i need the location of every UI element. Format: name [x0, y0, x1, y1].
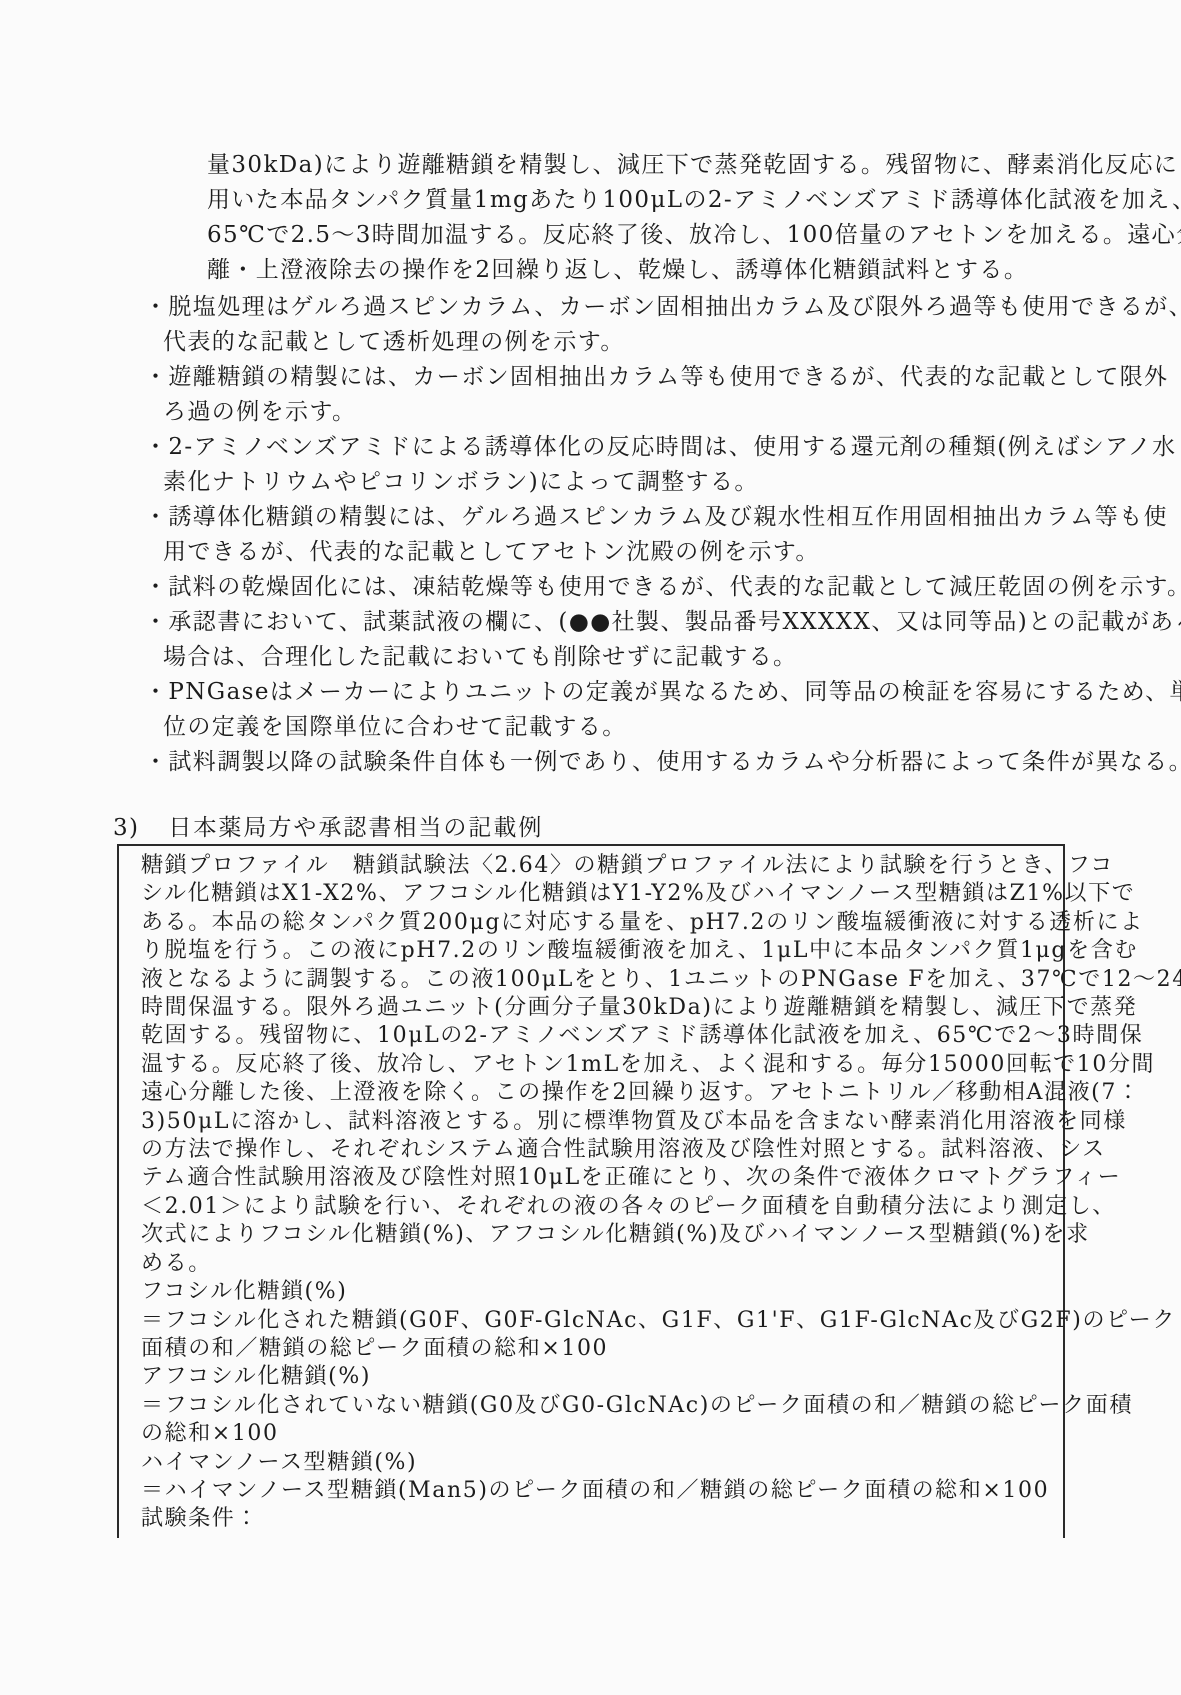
text-line: アフコシル化糖鎖(%) — [141, 1363, 1053, 1391]
text-line: ・遊離糖鎖の精製には、カーボン固相抽出カラム等も使用できるが、代表的な記載として… — [144, 360, 1181, 395]
text-line: ・脱塩処理はゲルろ過スピンカラム、カーボン固相抽出カラム及び限外ろ過等も使用でき… — [144, 290, 1181, 325]
bullet-item: ・試料の乾燥固化には、凍結乾燥等も使用できるが、代表的な記載として減圧乾固の例を… — [144, 570, 1181, 605]
text-line: ・試料調製以降の試験条件自体も一例であり、使用するカラムや分析器によって条件が異… — [144, 745, 1181, 780]
text-line: 面積の和／糖鎖の総ピーク面積の総和×100 — [141, 1335, 1053, 1363]
text-line: ・2-アミノベンズアミドによる誘導体化の反応時間は、使用する還元剤の種類(例えば… — [144, 430, 1181, 465]
bullet-item: ・遊離糖鎖の精製には、カーボン固相抽出カラム等も使用できるが、代表的な記載として… — [144, 360, 1181, 430]
text-line: 場合は、合理化した記載においても削除せずに記載する。 — [144, 640, 1181, 675]
text-line: 液となるように調製する。この液100μLをとり、1ユニットのPNGase Fを加… — [141, 966, 1053, 994]
text-line: の方法で操作し、それぞれシステム適合性試験用溶液及び陰性対照とする。試料溶液、シ… — [141, 1136, 1053, 1164]
text-line: 次式によりフコシル化糖鎖(%)、アフコシル化糖鎖(%)及びハイマンノース型糖鎖(… — [141, 1221, 1053, 1249]
bullet-item: ・2-アミノベンズアミドによる誘導体化の反応時間は、使用する還元剤の種類(例えば… — [144, 430, 1181, 500]
text-line: ろ過の例を示す。 — [144, 395, 1181, 430]
text-line: り脱塩を行う。この液にpH7.2のリン酸塩緩衝液を加え、1μL中に本品タンパク質… — [141, 937, 1053, 965]
text-line: 用できるが、代表的な記載としてアセトン沈殿の例を示す。 — [144, 535, 1181, 570]
text-line: シル化糖鎖はX1-X2%、アフコシル化糖鎖はY1-Y2%及びハイマンノース型糖鎖… — [141, 880, 1053, 908]
text-line: 試験条件： — [141, 1505, 1053, 1533]
text-line: の総和×100 — [141, 1420, 1053, 1448]
text-line: ＝ハイマンノース型糖鎖(Man5)のピーク面積の和／糖鎖の総ピーク面積の総和×1… — [141, 1477, 1053, 1505]
text-line: 時間保温する。限外ろ過ユニット(分画分子量30kDa)により遊離糖鎖を精製し、減… — [141, 994, 1053, 1022]
text-line: ・承認書において、試薬試液の欄に、(●●社製、製品番号XXXXX、又は同等品)と… — [144, 605, 1181, 640]
text-line: フコシル化糖鎖(%) — [141, 1278, 1053, 1306]
bullet-item: ・PNGaseはメーカーによりユニットの定義が異なるため、同等品の検証を容易にす… — [144, 675, 1181, 745]
bullet-item: ・脱塩処理はゲルろ過スピンカラム、カーボン固相抽出カラム及び限外ろ過等も使用でき… — [144, 290, 1181, 360]
text-line: ＝フコシル化された糖鎖(G0F、G0F-GlcNAc、G1F、G1'F、G1F-… — [141, 1307, 1053, 1335]
text-line: 位の定義を国際単位に合わせて記載する。 — [144, 710, 1181, 745]
document-page: 量30kDa)により遊離糖鎖を精製し、減圧下で蒸発乾固する。残留物に、酵素消化反… — [0, 0, 1181, 1695]
text-line: 量30kDa)により遊離糖鎖を精製し、減圧下で蒸発乾固する。残留物に、酵素消化反… — [207, 148, 1181, 183]
intro-continuation-paragraph: 量30kDa)により遊離糖鎖を精製し、減圧下で蒸発乾固する。残留物に、酵素消化反… — [207, 148, 1181, 288]
text-line: ・PNGaseはメーカーによりユニットの定義が異なるため、同等品の検証を容易にす… — [144, 675, 1181, 710]
text-line: ・試料の乾燥固化には、凍結乾燥等も使用できるが、代表的な記載として減圧乾固の例を… — [144, 570, 1181, 605]
text-line: ある。本品の総タンパク質200μgに対応する量を、pH7.2のリン酸塩緩衝液に対… — [141, 909, 1053, 937]
bullet-list: ・脱塩処理はゲルろ過スピンカラム、カーボン固相抽出カラム及び限外ろ過等も使用でき… — [144, 290, 1181, 780]
text-line: ＝フコシル化されていない糖鎖(G0及びG0-GlcNAc)のピーク面積の和／糖鎖… — [141, 1392, 1053, 1420]
text-line: める。 — [141, 1250, 1053, 1278]
section-heading-title: 日本薬局方や承認書相当の記載例 — [168, 812, 543, 844]
text-line: 離・上澄液除去の操作を2回繰り返し、乾燥し、誘導体化糖鎖試料とする。 — [207, 253, 1181, 288]
bullet-item: ・承認書において、試薬試液の欄に、(●●社製、製品番号XXXXX、又は同等品)と… — [144, 605, 1181, 675]
text-line: ・誘導体化糖鎖の精製には、ゲルろ過スピンカラム及び親水性相互作用固相抽出カラム等… — [144, 500, 1181, 535]
text-line: 温する。反応終了後、放冷し、アセトン1mLを加え、よく混和する。毎分15000回… — [141, 1051, 1053, 1079]
text-line: 遠心分離した後、上澄液を除く。この操作を2回繰り返す。アセトニトリル／移動相A混… — [141, 1079, 1053, 1107]
section-heading: 3)日本薬局方や承認書相当の記載例 — [113, 812, 543, 844]
text-line: ハイマンノース型糖鎖(%) — [141, 1449, 1053, 1477]
section-heading-number: 3) — [113, 812, 139, 844]
text-line: テム適合性試験用溶液及び陰性対照10μLを正確にとり、次の条件で液体クロマトグラ… — [141, 1164, 1053, 1192]
text-line: ＜2.01＞により試験を行い、それぞれの液の各々のピーク面積を自動積分法により測… — [141, 1193, 1053, 1221]
text-line: 3)50μLに溶かし、試料溶液とする。別に標準物質及び本品を含まない酵素消化用溶… — [141, 1108, 1053, 1136]
text-line: 素化ナトリウムやピコリンボラン)によって調整する。 — [144, 465, 1181, 500]
text-line: 乾固する。残留物に、10μLの2-アミノベンズアミド誘導体化試液を加え、65℃で… — [141, 1022, 1053, 1050]
text-line: 用いた本品タンパク質量1mgあたり100μLの2-アミノベンズアミド誘導体化試液… — [207, 183, 1181, 218]
bullet-item: ・試料調製以降の試験条件自体も一例であり、使用するカラムや分析器によって条件が異… — [144, 745, 1181, 780]
pharmacopoeia-example-box: 糖鎖プロファイル 糖鎖試験法〈2.64〉の糖鎖プロファイル法により試験を行うとき… — [117, 844, 1065, 1538]
text-line: 糖鎖プロファイル 糖鎖試験法〈2.64〉の糖鎖プロファイル法により試験を行うとき… — [141, 852, 1053, 880]
text-line: 65℃で2.5〜3時間加温する。反応終了後、放冷し、100倍量のアセトンを加える… — [207, 218, 1181, 253]
text-line: 代表的な記載として透析処理の例を示す。 — [144, 325, 1181, 360]
bullet-item: ・誘導体化糖鎖の精製には、ゲルろ過スピンカラム及び親水性相互作用固相抽出カラム等… — [144, 500, 1181, 570]
